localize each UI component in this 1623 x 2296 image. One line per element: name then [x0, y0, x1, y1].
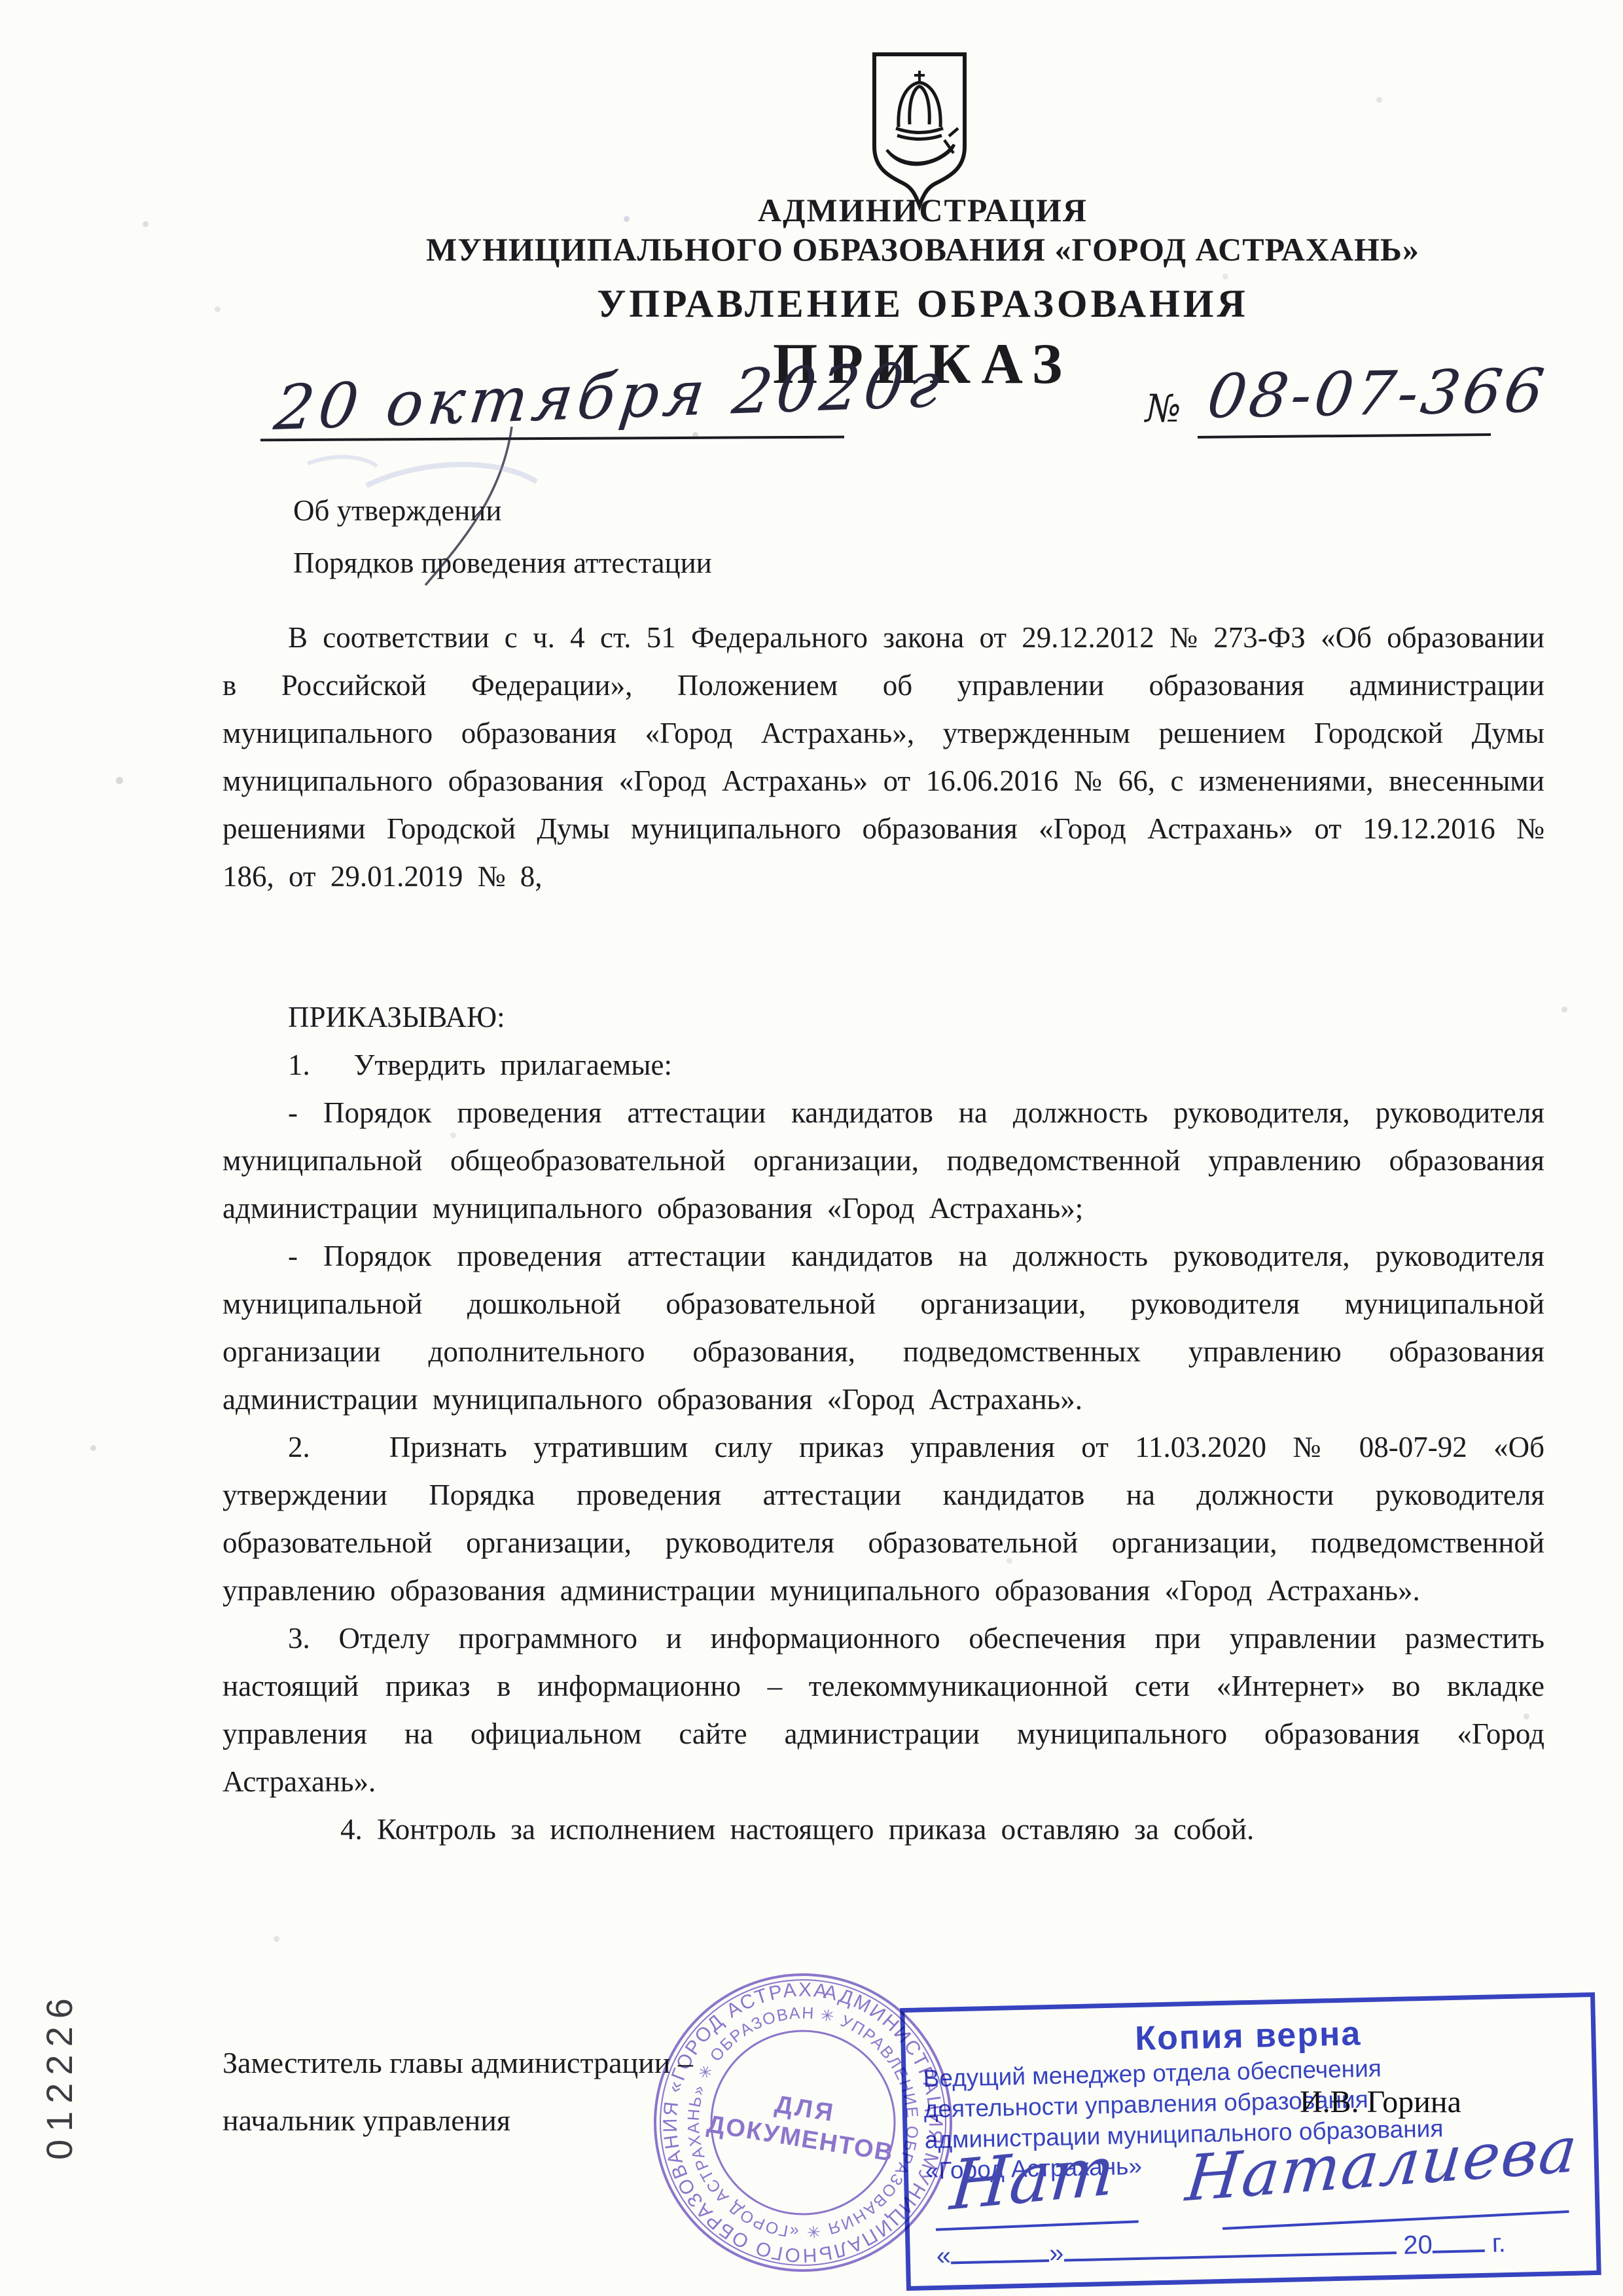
org-name-line1: АДМИНИСТРАЦИЯ: [223, 191, 1623, 229]
order-number-label: №: [1145, 386, 1181, 431]
date-form-year-suffix: г.: [1491, 2229, 1506, 2257]
order-item-2: 2. Признать утратившим силу приказ управ…: [223, 1424, 1544, 1615]
copy-stamp-date-form: «» 20 г.: [936, 2227, 1506, 2271]
signer-name: И.В. Горина: [1300, 2084, 1461, 2120]
pen-smudge-2: [308, 457, 377, 466]
scan-noise: [0, 0, 3, 3]
order-item-1: 1. Утвердить прилагаемые:: [223, 1041, 1544, 1089]
date-form-open-quote: «: [936, 2241, 951, 2270]
signer-position-line1: Заместитель главы администрации –: [223, 2034, 693, 2092]
subject-line1: Об утверждении: [293, 484, 712, 537]
date-form-month-blank: [1063, 2229, 1397, 2262]
date-form-year-blank: [1432, 2227, 1485, 2253]
signature-underline-right: [1222, 2210, 1569, 2230]
copy-certification-stamp: Копия верна Ведущий менеджер отдела обес…: [900, 1992, 1601, 2291]
department-name: УПРАВЛЕНИЕ ОБРАЗОВАНИЯ: [223, 281, 1623, 327]
order-bullet-2: - Порядок проведения аттестации кандидат…: [223, 1232, 1544, 1424]
order-bullet-1: - Порядок проведения аттестации кандидат…: [223, 1089, 1544, 1232]
order-item-3: 3. Отделу программного и информационного…: [223, 1615, 1544, 1806]
order-body: В соответствии с ч. 4 ст. 51 Федеральног…: [223, 614, 1544, 1854]
subject-line2: Порядков проведения аттестации: [293, 537, 712, 589]
handwritten-signature-left: Нат: [948, 2130, 1118, 2226]
date-form-day-blank: [951, 2237, 1050, 2264]
paragraph-legal-basis: В соответствии с ч. 4 ст. 51 Федеральног…: [223, 614, 1544, 901]
number-underline: [1198, 433, 1491, 439]
page-code-vertical: 012226: [38, 1990, 80, 2160]
order-item-4: 4. Контроль за исполнением настоящего пр…: [223, 1806, 1544, 1854]
scanned-order-document: АДМИНИСТРАЦИЯ МУНИЦИПАЛЬНОГО ОБРАЗОВАНИЯ…: [0, 0, 1623, 2296]
subject-block: Об утверждении Порядков проведения аттес…: [293, 484, 712, 589]
order-keyword: ПРИКАЗЫВАЮ:: [223, 994, 1544, 1041]
date-form-year: 20: [1403, 2231, 1433, 2260]
pen-smudge-1: [366, 465, 537, 486]
crown-icon: [896, 71, 943, 139]
signer-position-line2: начальник управления: [223, 2092, 693, 2149]
date-form-close-quote: »: [1049, 2239, 1064, 2268]
signature-block: Заместитель главы администрации – началь…: [223, 2034, 693, 2149]
coat-of-arms-astrakhan: [868, 50, 971, 212]
handwritten-order-number: 08-07-366: [1204, 355, 1552, 431]
org-name-line2: МУНИЦИПАЛЬНОГО ОБРАЗОВАНИЯ «ГОРОД АСТРАХ…: [223, 230, 1623, 268]
